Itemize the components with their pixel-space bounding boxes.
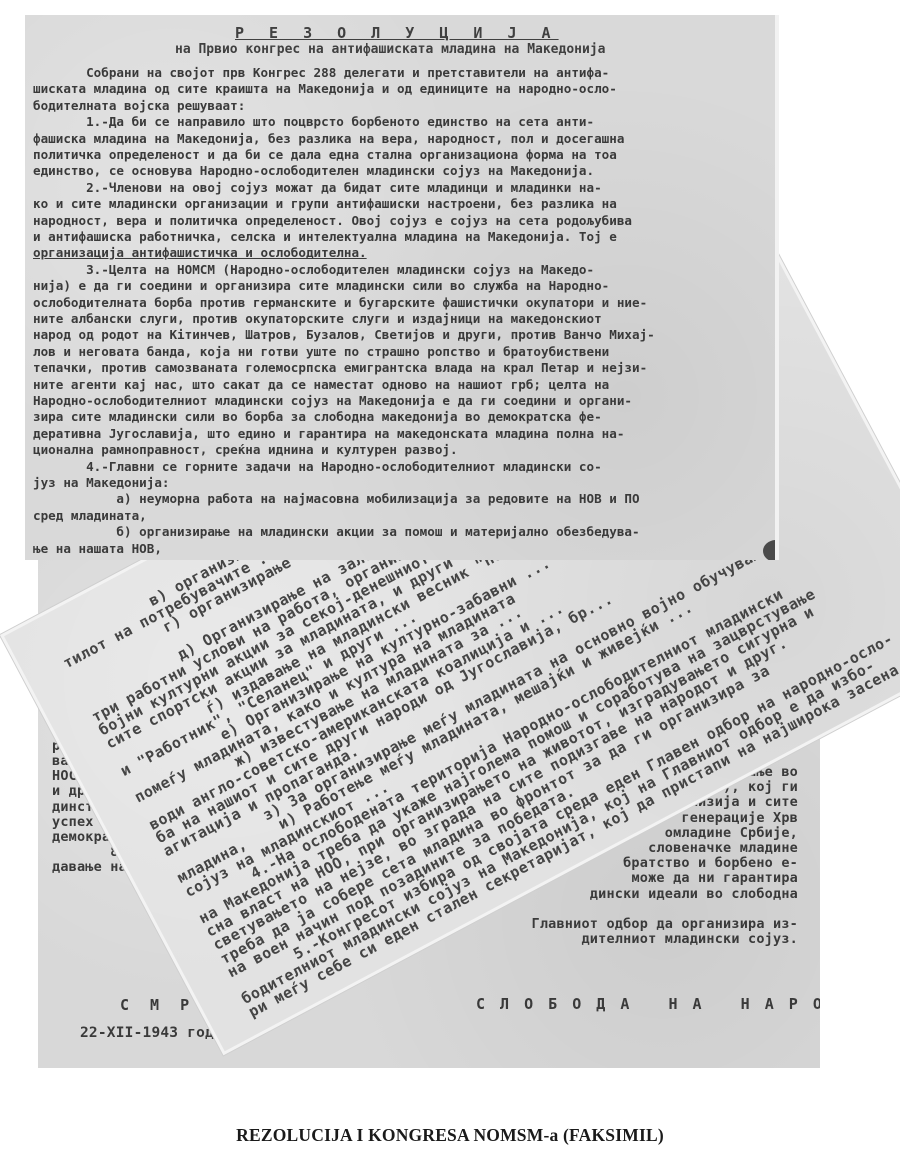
typed-line: и антифашиска работничка, селска и интел… — [33, 229, 617, 245]
typed-line: генерације Хрв — [681, 811, 798, 826]
typed-line: 4.-Главни се горните задачи на Народно-о… — [33, 459, 602, 475]
typed-line: ње на нашата НОВ, — [33, 541, 162, 557]
typed-line: Народно-ослободителниот младински сојуз … — [33, 393, 632, 409]
typed-line: ционална рамноправност, среќна иднина и … — [33, 442, 458, 458]
typed-line: ко и сите младински организации и групи … — [33, 196, 617, 212]
typed-line: омладине Србије, — [665, 826, 798, 841]
typed-line: јуз на Македонија: — [33, 475, 169, 491]
typed-line: организација антифашистичка и ослободите… — [33, 245, 367, 261]
resolution-subtitle: на Првио конгрес на антифашиската младин… — [175, 42, 605, 58]
typed-line: дителниот младински сојуз. — [581, 932, 798, 947]
typed-line: тепачки, против самозваната големосрпска… — [33, 360, 647, 376]
typed-line: деративна Југославија, што едино и гаран… — [33, 426, 624, 442]
typed-line: дински идеали во слободна — [590, 887, 798, 902]
typed-line: зира сите младински сили во борба за сло… — [33, 409, 602, 425]
typed-line: народ од родот на Кітинчев, Шатров, Буза… — [33, 327, 655, 343]
freedom-to-people-closing: С Л О Б О Д А Н А Н А Р О Д О Т — [476, 997, 820, 1012]
typed-line: лов и неговата банда, која ни готви уште… — [33, 344, 609, 360]
ink-stain — [763, 540, 779, 560]
typed-line: бодителната војска решуваат: — [33, 98, 245, 114]
typed-line: единство, се основува Народно-ослободите… — [33, 163, 594, 179]
typed-line: Главниот одбор да организира из- — [532, 917, 799, 932]
typed-line: политичка определеност и да би се дала е… — [33, 147, 617, 163]
typed-line: ослободителната борба против германските… — [33, 295, 647, 311]
document-date: 22-XII-1943 год. — [80, 1026, 223, 1041]
typed-line: 1.-Да би се направило што поцврсто борбе… — [33, 114, 594, 130]
typed-line: 2.-Членови на овој сојуз можат да бидат … — [33, 180, 602, 196]
typed-line: б) организирање на младински акции за по… — [33, 524, 640, 540]
typed-line: Собрани на својот прв Конгрес 288 делега… — [33, 65, 609, 81]
document-page-top: Р Е З О Л У Ц И Ј А на Првио конгрес на … — [25, 15, 779, 560]
typed-line: народност, вера и политичка определеност… — [33, 213, 632, 229]
typed-line: сред младината, — [33, 508, 147, 524]
typed-line: а) неуморна работа на најмасовна мобилиз… — [33, 491, 640, 507]
typed-line: нија) е да ги соедини и организира сите … — [33, 278, 609, 294]
resolution-title: Р Е З О Л У Ц И Ј А — [235, 25, 559, 41]
typed-line: може да ни гарантира — [631, 871, 798, 886]
typed-line: 3.-Целта на НОМСМ (Народно-ослободителен… — [33, 262, 594, 278]
typed-line: шиската младина од сите краишта на Макед… — [33, 81, 617, 97]
typed-line: братство и борбено е- — [623, 856, 798, 871]
figure-caption: REZOLUCIJA I KONGRESA NOMSM-a (FAKSIMIL) — [0, 1125, 900, 1146]
typed-line: словеначке младине — [648, 841, 798, 856]
typed-line: ните агенти кај нас, што сакат да се нам… — [33, 377, 609, 393]
typed-line: фашиска младина на Македонија, без разли… — [33, 131, 624, 147]
typed-line: ните албански слуги, против окупаторскит… — [33, 311, 602, 327]
